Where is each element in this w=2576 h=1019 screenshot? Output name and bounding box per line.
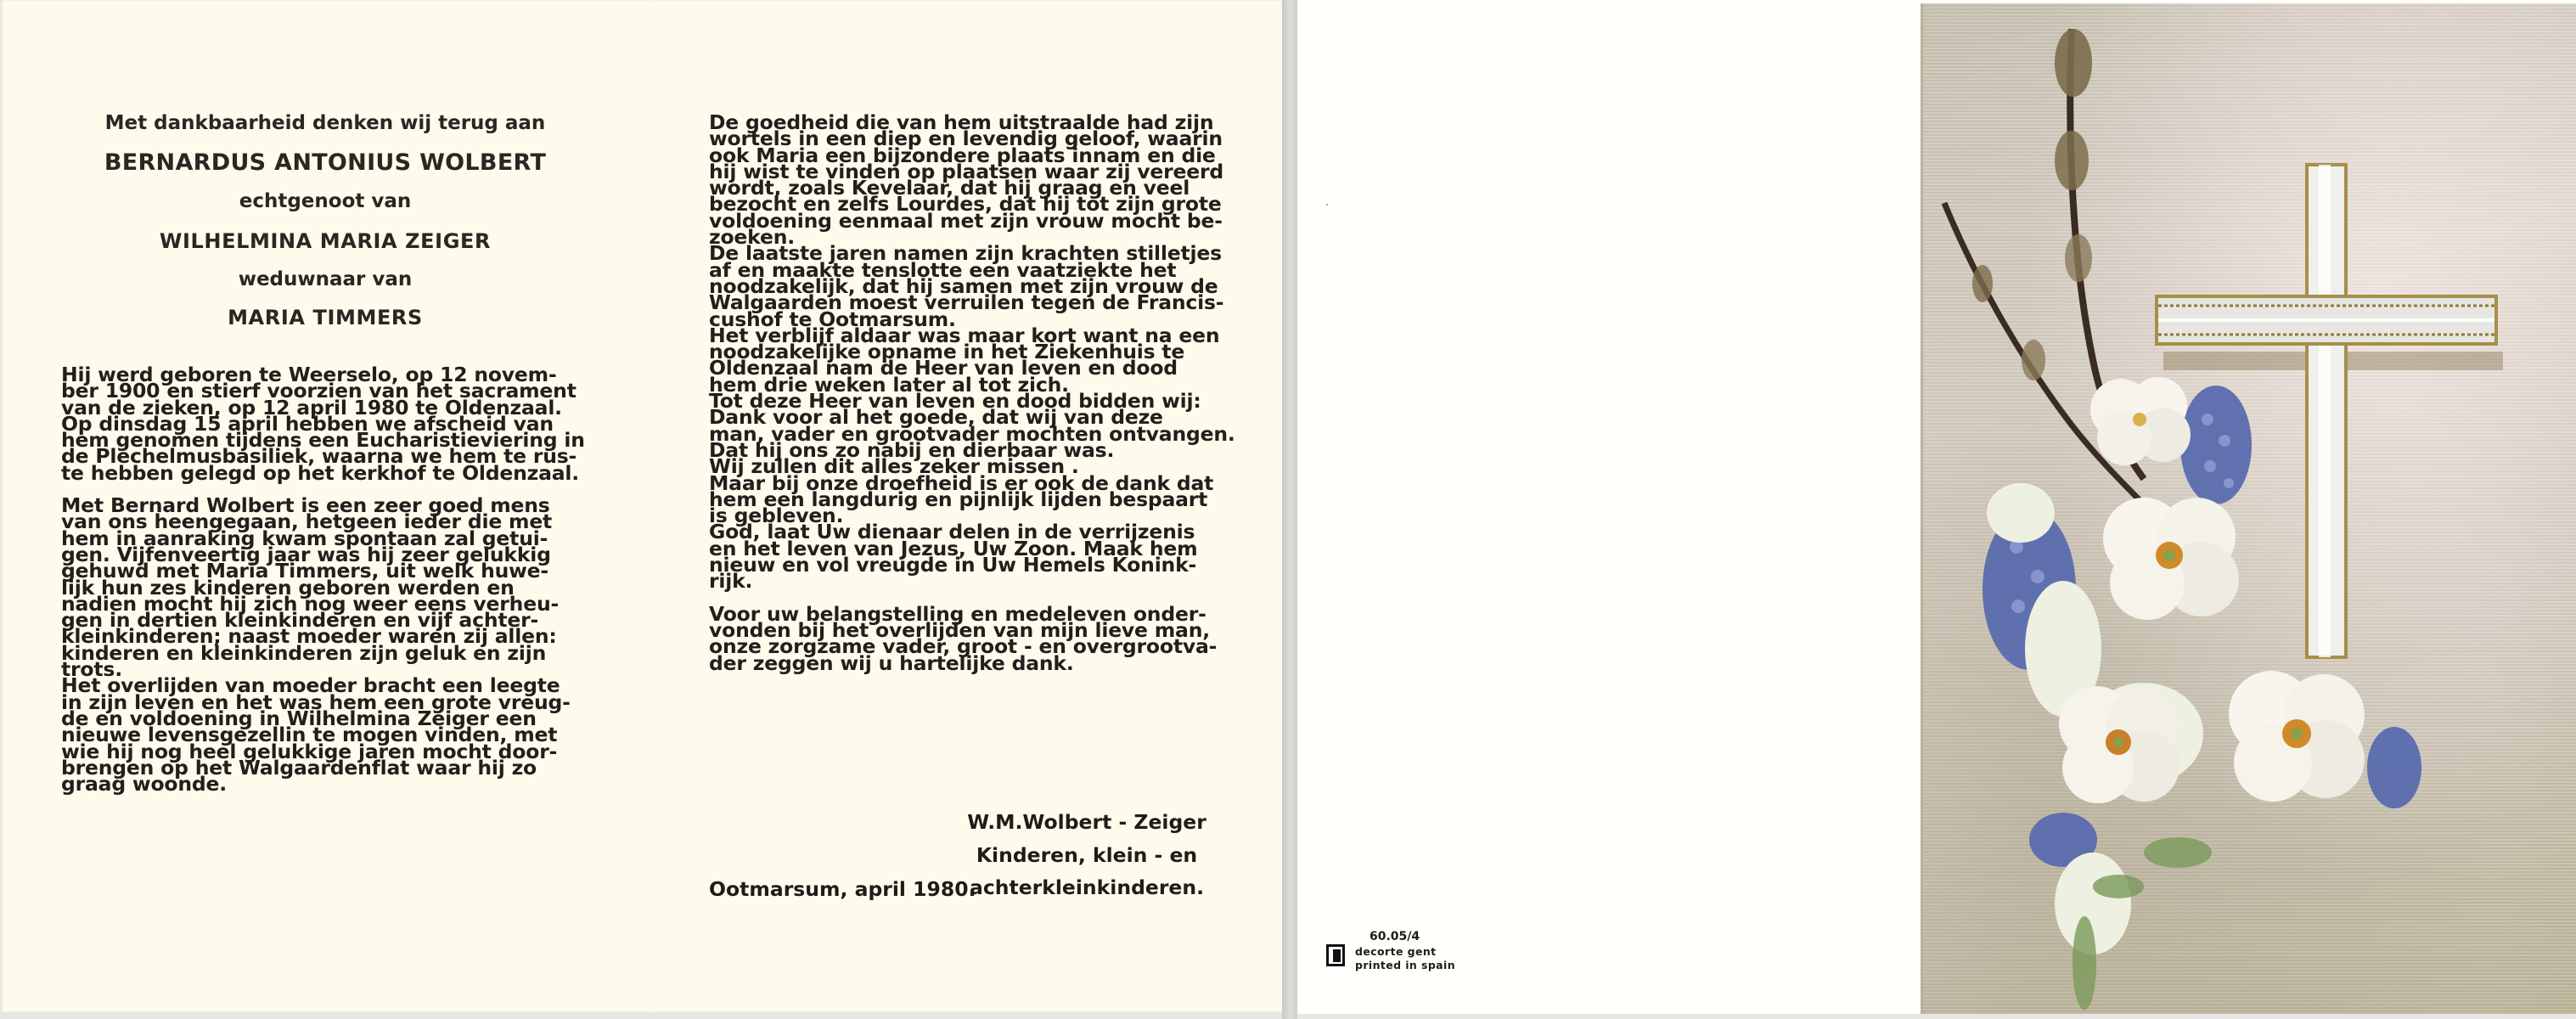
- paragraph-second-marriage: Het overlijden van moeder bracht een lee…: [61, 678, 594, 792]
- paragraph-prayer: Tot deze Heer van leven en dood bidden w…: [709, 393, 1240, 590]
- cross-and-flowers-illustration: [1923, 3, 2576, 1014]
- signature-line: W.M.Wolbert - Zeiger: [934, 814, 1240, 830]
- printer-origin: printed in spain: [1355, 959, 1455, 971]
- paragraph-thanks: Voor uw belangstelling en medeleven onde…: [709, 606, 1240, 672]
- paragraph-final-years: De laatste jaren namen zijn krachten sti…: [709, 245, 1240, 327]
- fold-line: [654, 0, 655, 1012]
- printer-name: decorte gent: [1355, 945, 1437, 958]
- cover-photo: [1921, 3, 2576, 1014]
- decorte-logo-icon: [1326, 944, 1345, 966]
- spouse-name: WILHELMINA MARIA ZEIGER: [58, 229, 593, 253]
- willow-branch: [1944, 203, 2152, 513]
- late-spouse-name: MARIA TIMMERS: [58, 306, 593, 329]
- biography-column: Hij werd geboren te Weerselo, op 12 nove…: [61, 367, 594, 792]
- place-date: Ootmarsum, april 1980.: [709, 877, 976, 901]
- deceased-name: BERNARDUS ANTONIUS WOLBERT: [58, 149, 593, 176]
- paragraph-family: Met Bernard Wolbert is een zeer goed men…: [61, 498, 594, 678]
- paragraph-faith: De goedheid die van hem uitstraalde had …: [709, 115, 1240, 245]
- signature-line: achterkleinkinderen.: [934, 880, 1240, 896]
- intro-line: Met dankbaarheid denken wij terug aan: [58, 112, 593, 134]
- printer-code: 60.05/4: [1370, 930, 1420, 943]
- paragraph-birth-death: Hij werd geboren te Weerselo, op 12 nove…: [61, 367, 594, 481]
- willow-catkin: [2055, 29, 2092, 97]
- paragraph-hospital: Het verblijf aldaar was maar kort want n…: [709, 328, 1240, 393]
- signature-line: Kinderen, klein - en: [934, 847, 1240, 864]
- relation-spouse-label: echtgenoot van: [58, 190, 593, 212]
- paper-speck: [1326, 204, 1328, 205]
- scan-gap: [1282, 0, 1297, 1019]
- family-signature: W.M.Wolbert - Zeiger Kinderen, klein - e…: [934, 798, 1240, 913]
- relation-widower-label: weduwnaar van: [58, 268, 593, 290]
- printer-mark: 60.05/4 decorte gent printed in spain: [1325, 930, 1528, 989]
- faith-column: De goedheid die van hem uitstraalde had …: [709, 115, 1240, 672]
- card-inside: Met dankbaarheid denken wij terug aan BE…: [0, 0, 1282, 1012]
